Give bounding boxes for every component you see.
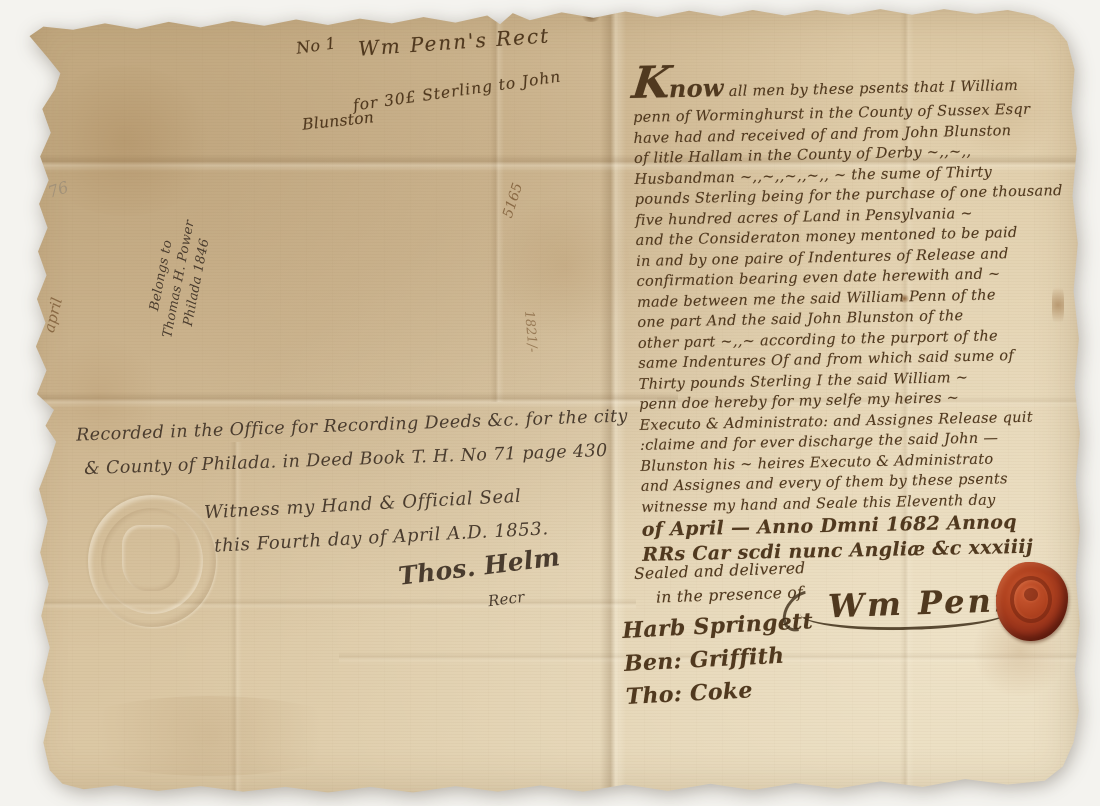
middle-horizontal-crease <box>20 392 678 408</box>
deed-text-block: Know all men by these psents that I Will… <box>632 56 1047 568</box>
photo-background: No 1 Wm Penn's Rect for 30£ Sterling to … <box>0 0 1100 806</box>
deed-drop-cap: K <box>630 63 671 104</box>
deed-opening-word: now <box>668 73 724 103</box>
left-fold-crease <box>490 6 504 402</box>
lower-left-crease <box>230 442 242 798</box>
deed-lines: penn of Worminghurst in the County of Su… <box>633 100 1046 518</box>
deed-opening-rest: all men by these psents that I William <box>724 78 1019 100</box>
deed-opening-line: Know all men by these psents that I Will… <box>632 56 1038 108</box>
embossed-recorder-seal <box>88 495 216 627</box>
